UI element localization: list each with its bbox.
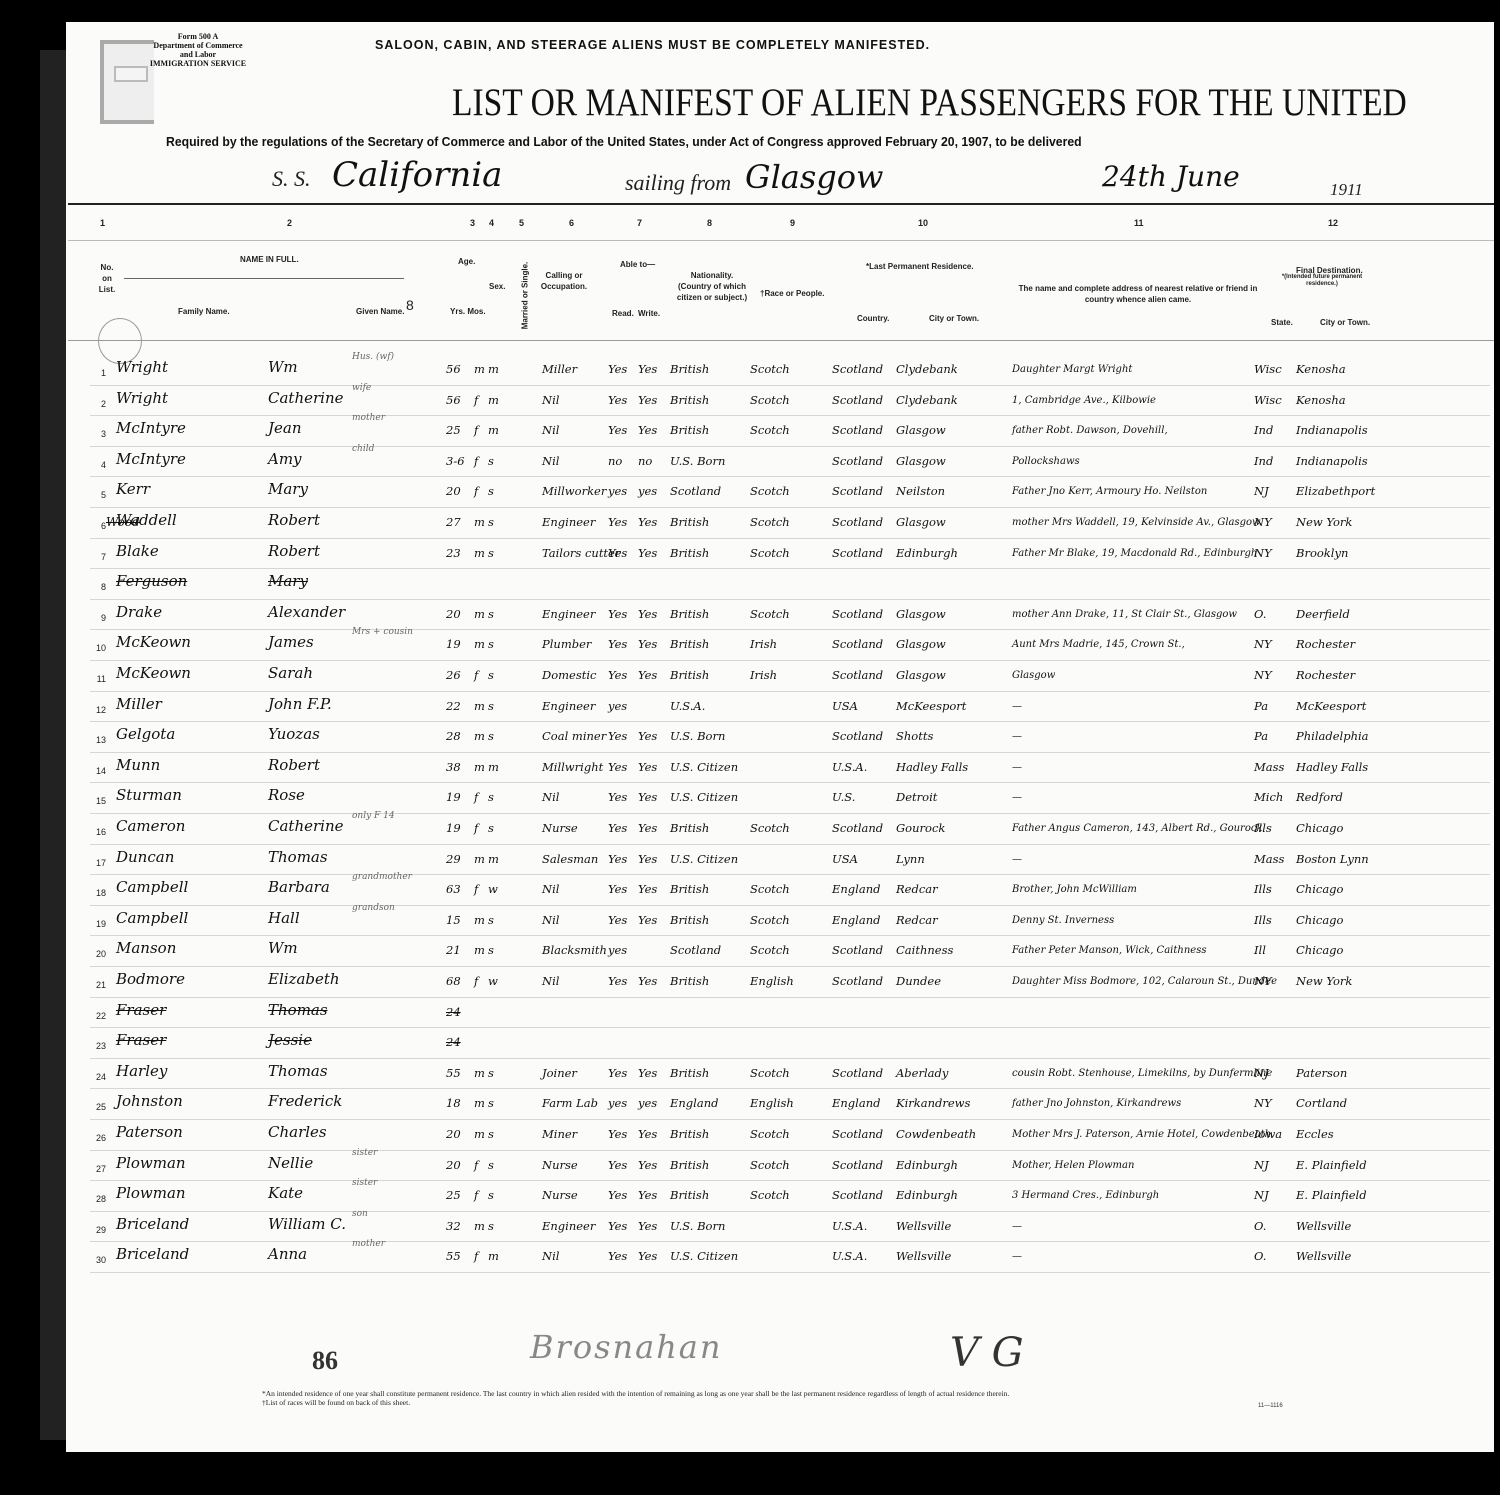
struck-family-name: Wood (106, 515, 140, 529)
residence-country: Scotland (832, 1066, 883, 1080)
sex: f (474, 974, 478, 988)
table-row: 29BricelandWilliam C.son32msEngineerYesY… (90, 1213, 1490, 1240)
destination-city: Chicago (1296, 882, 1343, 896)
table-row: 9DrakeAlexander20msEngineerYesYesBritish… (90, 601, 1490, 628)
marital-status: m (488, 362, 499, 376)
row-rule (90, 935, 1490, 936)
destination-state: NY (1254, 515, 1272, 529)
can-read: no (608, 454, 622, 468)
header-dest-city: City or Town. (1320, 317, 1370, 328)
destination-city: Indianapolis (1296, 454, 1368, 468)
can-read: Yes (608, 546, 627, 560)
family-name: Ferguson (116, 572, 187, 590)
given-name: James (268, 633, 314, 651)
family-name: McIntyre (116, 419, 186, 437)
residence-country: U.S. (832, 790, 855, 804)
row-rule (90, 691, 1490, 692)
table-row: 21BodmoreElizabeth68fwNilYesYesBritishEn… (90, 968, 1490, 995)
col-num-12: 12 (1328, 218, 1338, 228)
row-rule (90, 385, 1490, 386)
residence-country: U.S.A. (832, 1249, 867, 1263)
nearest-relative: father Robt. Dawson, Dovehill, (1012, 425, 1168, 436)
table-row: 19CampbellHallgrandson15msNilYesYesBriti… (90, 907, 1490, 934)
residence-country: Scotland (832, 974, 883, 988)
family-name: Wright (116, 358, 168, 376)
nearest-relative: — (1012, 1221, 1022, 1232)
header-bottom-rule (68, 340, 1494, 341)
row-rule (90, 1027, 1490, 1028)
nationality: U.S. Citizen (670, 1249, 738, 1263)
occupation: Coal miner (542, 729, 606, 743)
age: 20 (446, 484, 461, 498)
destination-city: Kenosha (1296, 393, 1346, 407)
marital-status: s (488, 699, 494, 713)
nationality: British (670, 1066, 709, 1080)
destination-city: Chicago (1296, 821, 1343, 835)
sex: f (474, 821, 478, 835)
can-read: Yes (608, 362, 627, 376)
given-name: Nellie (268, 1154, 313, 1172)
race: Scotch (750, 484, 790, 498)
can-read: Yes (608, 1127, 627, 1141)
given-name-note: wife (352, 383, 371, 393)
destination-state: Ills (1254, 882, 1272, 896)
header-write: Write. (638, 308, 660, 319)
given-name: Alexander (268, 603, 345, 621)
scan-border-left (40, 50, 66, 1440)
occupation: Joiner (542, 1066, 577, 1080)
regulation-text: Required by the regulations of the Secre… (166, 134, 1082, 149)
row-rule (90, 629, 1490, 630)
age: 19 (446, 821, 461, 835)
destination-city: E. Plainfield (1296, 1188, 1367, 1202)
table-row: 22FraserThomas24 (90, 999, 1490, 1026)
destination-state: NY (1254, 974, 1272, 988)
residence-city: Neilston (896, 484, 945, 498)
can-write: Yes (638, 760, 657, 774)
occupation: Nil (542, 454, 559, 468)
occupation: Domestic (542, 668, 597, 682)
residence-city: Glasgow (896, 668, 946, 682)
race: Scotch (750, 882, 790, 896)
age: 56 (446, 393, 461, 407)
residence-city: Glasgow (896, 423, 946, 437)
marital-status: s (488, 821, 494, 835)
marital-status: s (488, 1127, 494, 1141)
row-number: 4 (90, 460, 106, 470)
header-final-destination-note: *(Intended future permanent residence.) (1272, 274, 1372, 288)
marital-status: w (488, 974, 498, 988)
marital-status: s (488, 790, 494, 804)
can-write: Yes (638, 1219, 657, 1233)
given-name: Catherine (268, 389, 344, 407)
nationality: U.S. Born (670, 729, 725, 743)
nationality: British (670, 362, 709, 376)
given-name: Hall (268, 909, 300, 927)
given-name: Anna (268, 1245, 307, 1263)
given-name-note: child (352, 444, 374, 454)
given-name: Jessie (268, 1031, 312, 1049)
header-yrs-mos: Yrs. Mos. (450, 306, 486, 317)
table-row: 26PatersonCharles20msMinerYesYesBritishS… (90, 1121, 1490, 1148)
header-calling: Calling or Occupation. (534, 270, 594, 292)
destination-city: E. Plainfield (1296, 1158, 1367, 1172)
destination-city: New York (1296, 974, 1352, 988)
can-write: Yes (638, 1066, 657, 1080)
row-rule (90, 1180, 1490, 1181)
marital-status: s (488, 607, 494, 621)
residence-city: Kirkandrews (896, 1096, 970, 1110)
sex: m (474, 699, 485, 713)
col-num-5: 5 (519, 218, 524, 228)
row-rule (90, 844, 1490, 845)
can-read: Yes (608, 1188, 627, 1202)
residence-city: Shotts (896, 729, 933, 743)
can-read: Yes (608, 913, 627, 927)
residence-city: Detroit (896, 790, 937, 804)
sex: f (474, 882, 478, 896)
given-name: Catherine (268, 817, 344, 835)
family-name: Blake (116, 542, 159, 560)
table-row: 28PlowmanKatesister25fsNurseYesYesBritis… (90, 1182, 1490, 1209)
destination-state: NY (1254, 1096, 1272, 1110)
table-row: 10McKeownJamesMrs + cousin19msPlumberYes… (90, 631, 1490, 658)
can-write: Yes (638, 1188, 657, 1202)
can-write: Yes (638, 729, 657, 743)
destination-city: Indianapolis (1296, 423, 1368, 437)
residence-country: England (832, 1096, 880, 1110)
table-row: 5KerrMary20fsMillworkeryesyesScotlandSco… (90, 478, 1490, 505)
age: 20 (446, 1158, 461, 1172)
row-number: 1 (90, 368, 106, 378)
nearest-relative: Father Angus Cameron, 143, Albert Rd., G… (1012, 823, 1263, 834)
table-row: 1WrightWmHus. (wf)56mmMillerYesYesBritis… (90, 356, 1490, 383)
destination-state: Mich (1254, 790, 1283, 804)
row-number: 14 (90, 766, 106, 776)
given-name: Sarah (268, 664, 313, 682)
destination-state: Mass (1254, 760, 1284, 774)
row-number: 28 (90, 1194, 106, 1204)
family-name: Plowman (116, 1154, 186, 1172)
marital-status: s (488, 1158, 494, 1172)
can-read: Yes (608, 607, 627, 621)
destination-state: Wisc (1254, 362, 1282, 376)
given-name: John F.P. (268, 695, 332, 713)
row-rule (90, 905, 1490, 906)
table-row: 23FraserJessie24 (90, 1029, 1490, 1056)
col-num-10: 10 (918, 218, 928, 228)
sex: m (474, 1096, 485, 1110)
header-city-town: City or Town. (929, 313, 979, 324)
row-number: 27 (90, 1164, 106, 1174)
can-write: Yes (638, 913, 657, 927)
residence-country: Scotland (832, 393, 883, 407)
table-row: 6WaddellRobert27msEngineerYesYesBritishS… (90, 509, 1490, 536)
nearest-relative: Glasgow (1012, 670, 1055, 681)
occupation: Engineer (542, 1219, 595, 1233)
occupation: Engineer (542, 699, 595, 713)
given-name: William C. (268, 1215, 346, 1233)
destination-city: Cortland (1296, 1096, 1347, 1110)
given-name-note: sister (352, 1148, 377, 1158)
can-write: Yes (638, 637, 657, 651)
row-rule (90, 476, 1490, 477)
row-number: 5 (90, 490, 106, 500)
column-number-rule (68, 240, 1494, 241)
table-row: 27PlowmanNelliesister20fsNurseYesYesBrit… (90, 1152, 1490, 1179)
given-name-note: son (352, 1209, 368, 1219)
row-number: 13 (90, 735, 106, 745)
can-write: yes (638, 484, 657, 498)
nationality: Scotland (670, 484, 721, 498)
family-name: Harley (116, 1062, 167, 1080)
sex: m (474, 546, 485, 560)
can-read: yes (608, 943, 627, 957)
sex: m (474, 760, 485, 774)
residence-city: Wellsville (896, 1249, 951, 1263)
row-number: 20 (90, 949, 106, 959)
occupation: Nil (542, 790, 559, 804)
given-name: Robert (268, 756, 320, 774)
family-name: Munn (116, 756, 160, 774)
col-num-2: 2 (287, 218, 292, 228)
family-name: McKeown (116, 664, 191, 682)
residence-city: Cowdenbeath (896, 1127, 976, 1141)
table-row: 15SturmanRose19fsNilYesYesU.S. CitizenU.… (90, 784, 1490, 811)
occupation: Salesman (542, 852, 598, 866)
given-name-note: Hus. (wf) (352, 352, 394, 362)
can-write: Yes (638, 1158, 657, 1172)
given-name: Jean (268, 419, 302, 437)
can-read: Yes (608, 821, 627, 835)
sex: m (474, 1066, 485, 1080)
can-write: Yes (638, 393, 657, 407)
occupation: Nil (542, 882, 559, 896)
marital-status: m (488, 760, 499, 774)
given-name-note: grandmother (352, 872, 412, 882)
destination-city: Philadelphia (1296, 729, 1369, 743)
sex: m (474, 1127, 485, 1141)
nearest-relative: — (1012, 854, 1022, 865)
destination-state: O. (1254, 1219, 1266, 1233)
given-name: Elizabeth (268, 970, 340, 988)
nationality: U.S. Born (670, 1219, 725, 1233)
residence-city: Glasgow (896, 515, 946, 529)
nearest-relative: Daughter Margt Wright (1012, 364, 1132, 375)
sex: f (474, 790, 478, 804)
destination-state: NJ (1254, 1188, 1269, 1202)
sex: f (474, 484, 478, 498)
destination-state: Ills (1254, 821, 1272, 835)
given-name-note: grandson (352, 903, 395, 913)
residence-country: Scotland (832, 1158, 883, 1172)
destination-city: New York (1296, 515, 1352, 529)
destination-city: Deerfield (1296, 607, 1350, 621)
header-no-on-list: No. on List. (96, 262, 118, 295)
race: Scotch (750, 1158, 790, 1172)
family-name: Fraser (116, 1031, 166, 1049)
residence-city: Redcar (896, 913, 938, 927)
can-write: Yes (638, 1127, 657, 1141)
family-name: Gelgota (116, 725, 175, 743)
row-number: 24 (90, 1072, 106, 1082)
destination-state: Ill (1254, 943, 1266, 957)
row-number: 7 (90, 552, 106, 562)
row-rule (90, 966, 1490, 967)
family-name: Campbell (116, 878, 188, 896)
table-row: 24HarleyThomas55msJoinerYesYesBritishSco… (90, 1060, 1490, 1087)
marital-status: s (488, 943, 494, 957)
residence-country: Scotland (832, 607, 883, 621)
given-name-note: mother (352, 1239, 385, 1249)
race: English (750, 1096, 794, 1110)
given-name: Mary (268, 572, 308, 590)
can-read: Yes (608, 1066, 627, 1080)
occupation: Blacksmith (542, 943, 607, 957)
sailing-label: sailing from (625, 170, 731, 196)
can-write: Yes (638, 515, 657, 529)
residence-city: Hadley Falls (896, 760, 968, 774)
family-name: Duncan (116, 848, 174, 866)
residence-country: U.S.A. (832, 760, 867, 774)
row-number: 23 (90, 1041, 106, 1051)
family-name: Kerr (116, 480, 150, 498)
can-read: Yes (608, 729, 627, 743)
marital-status: m (488, 1249, 499, 1263)
marital-status: m (488, 393, 499, 407)
table-row: 14MunnRobert38mmMillwrightYesYesU.S. Cit… (90, 754, 1490, 781)
marital-status: m (488, 423, 499, 437)
destination-city: Wellsville (1296, 1249, 1351, 1263)
family-name: Drake (116, 603, 162, 621)
residence-country: Scotland (832, 546, 883, 560)
row-rule (90, 599, 1490, 600)
occupation: Nurse (542, 1188, 578, 1202)
family-name: Sturman (116, 786, 182, 804)
residence-city: Dundee (896, 974, 941, 988)
destination-city: Kenosha (1296, 362, 1346, 376)
race: Scotch (750, 943, 790, 957)
header-given-name: Given Name. (356, 306, 404, 317)
sheet-number: 86 (312, 1346, 338, 1376)
age: 26 (446, 668, 461, 682)
race: Scotch (750, 1127, 790, 1141)
age: 68 (446, 974, 461, 988)
age: 19 (446, 637, 461, 651)
table-row: 4McIntyreAmychild3-6fsNilnonoU.S. BornSc… (90, 448, 1490, 475)
can-read: Yes (608, 974, 627, 988)
age: 20 (446, 1127, 461, 1141)
destination-state: O. (1254, 1249, 1266, 1263)
can-write: Yes (638, 1249, 657, 1263)
row-rule (90, 660, 1490, 661)
residence-country: England (832, 882, 880, 896)
can-write: Yes (638, 607, 657, 621)
row-number: 17 (90, 858, 106, 868)
can-read: Yes (608, 1249, 627, 1263)
sex: m (474, 515, 485, 529)
destination-city: Boston Lynn (1296, 852, 1369, 866)
row-number: 30 (90, 1255, 106, 1265)
nearest-relative: cousin Robt. Stenhouse, Limekilns, by Du… (1012, 1068, 1272, 1079)
age: 24 (446, 1005, 461, 1019)
race: Scotch (750, 423, 790, 437)
nearest-relative: father Jno Johnston, Kirkandrews (1012, 1098, 1181, 1109)
row-rule (90, 1150, 1490, 1151)
residence-city: Clydebank (896, 393, 958, 407)
scan-border-right (1494, 0, 1500, 1495)
sex: m (474, 362, 485, 376)
sex: f (474, 393, 478, 407)
row-rule (90, 1088, 1490, 1089)
manifest-banner: SALOON, CABIN, AND STEERAGE ALIENS MUST … (375, 38, 930, 52)
given-name: Amy (268, 450, 302, 468)
residence-country: USA (832, 699, 858, 713)
table-row: 16CameronCatherineonly F 1419fsNurseYesY… (90, 815, 1490, 842)
residence-country: Scotland (832, 821, 883, 835)
nationality: British (670, 913, 709, 927)
occupation: Nil (542, 913, 559, 927)
nearest-relative: Aunt Mrs Madrie, 145, Crown St., (1012, 639, 1185, 650)
can-read: Yes (608, 515, 627, 529)
residence-city: Edinburgh (896, 546, 958, 560)
age: 55 (446, 1066, 461, 1080)
given-name-note: only F 14 (352, 811, 395, 821)
header-family-name: Family Name. (178, 306, 230, 317)
destination-city: Rochester (1296, 637, 1355, 651)
nationality: British (670, 423, 709, 437)
residence-country: Scotland (832, 637, 883, 651)
col-num-8: 8 (707, 218, 712, 228)
sex: m (474, 913, 485, 927)
sex: m (474, 852, 485, 866)
can-read: Yes (608, 637, 627, 651)
can-write: Yes (638, 668, 657, 682)
can-read: Yes (608, 1219, 627, 1233)
marital-status: s (488, 1096, 494, 1110)
table-row: 11McKeownSarah26fsDomesticYesYesBritishI… (90, 662, 1490, 689)
table-row: 20MansonWm21msBlacksmithyesScotlandScotc… (90, 937, 1490, 964)
residence-country: Scotland (832, 729, 883, 743)
name-rule (124, 278, 404, 279)
row-number: 12 (90, 705, 106, 715)
family-name: Bodmore (116, 970, 185, 988)
destination-state: Wisc (1254, 393, 1282, 407)
race: Irish (750, 637, 777, 651)
residence-country: Scotland (832, 1188, 883, 1202)
residence-country: Scotland (832, 1127, 883, 1141)
table-row: 2WrightCatherinewife56fmNilYesYesBritish… (90, 387, 1490, 414)
nationality: British (670, 607, 709, 621)
marital-status: w (488, 882, 498, 896)
nationality: British (670, 974, 709, 988)
residence-city: Edinburgh (896, 1158, 958, 1172)
race: Scotch (750, 515, 790, 529)
row-number: 19 (90, 919, 106, 929)
nationality: Scotland (670, 943, 721, 957)
can-read: Yes (608, 760, 627, 774)
table-row: 8FergusonMary (90, 570, 1490, 597)
row-rule (90, 874, 1490, 875)
marital-status: s (488, 913, 494, 927)
nearest-relative: 1, Cambridge Ave., Kilbowie (1012, 395, 1156, 406)
row-number: 26 (90, 1133, 106, 1143)
table-row: 17DuncanThomas29mmSalesmanYesYesU.S. Cit… (90, 846, 1490, 873)
can-read: Yes (608, 668, 627, 682)
nearest-relative: — (1012, 762, 1022, 773)
header-age: Age. (458, 256, 475, 267)
header-state: State. (1271, 317, 1293, 328)
